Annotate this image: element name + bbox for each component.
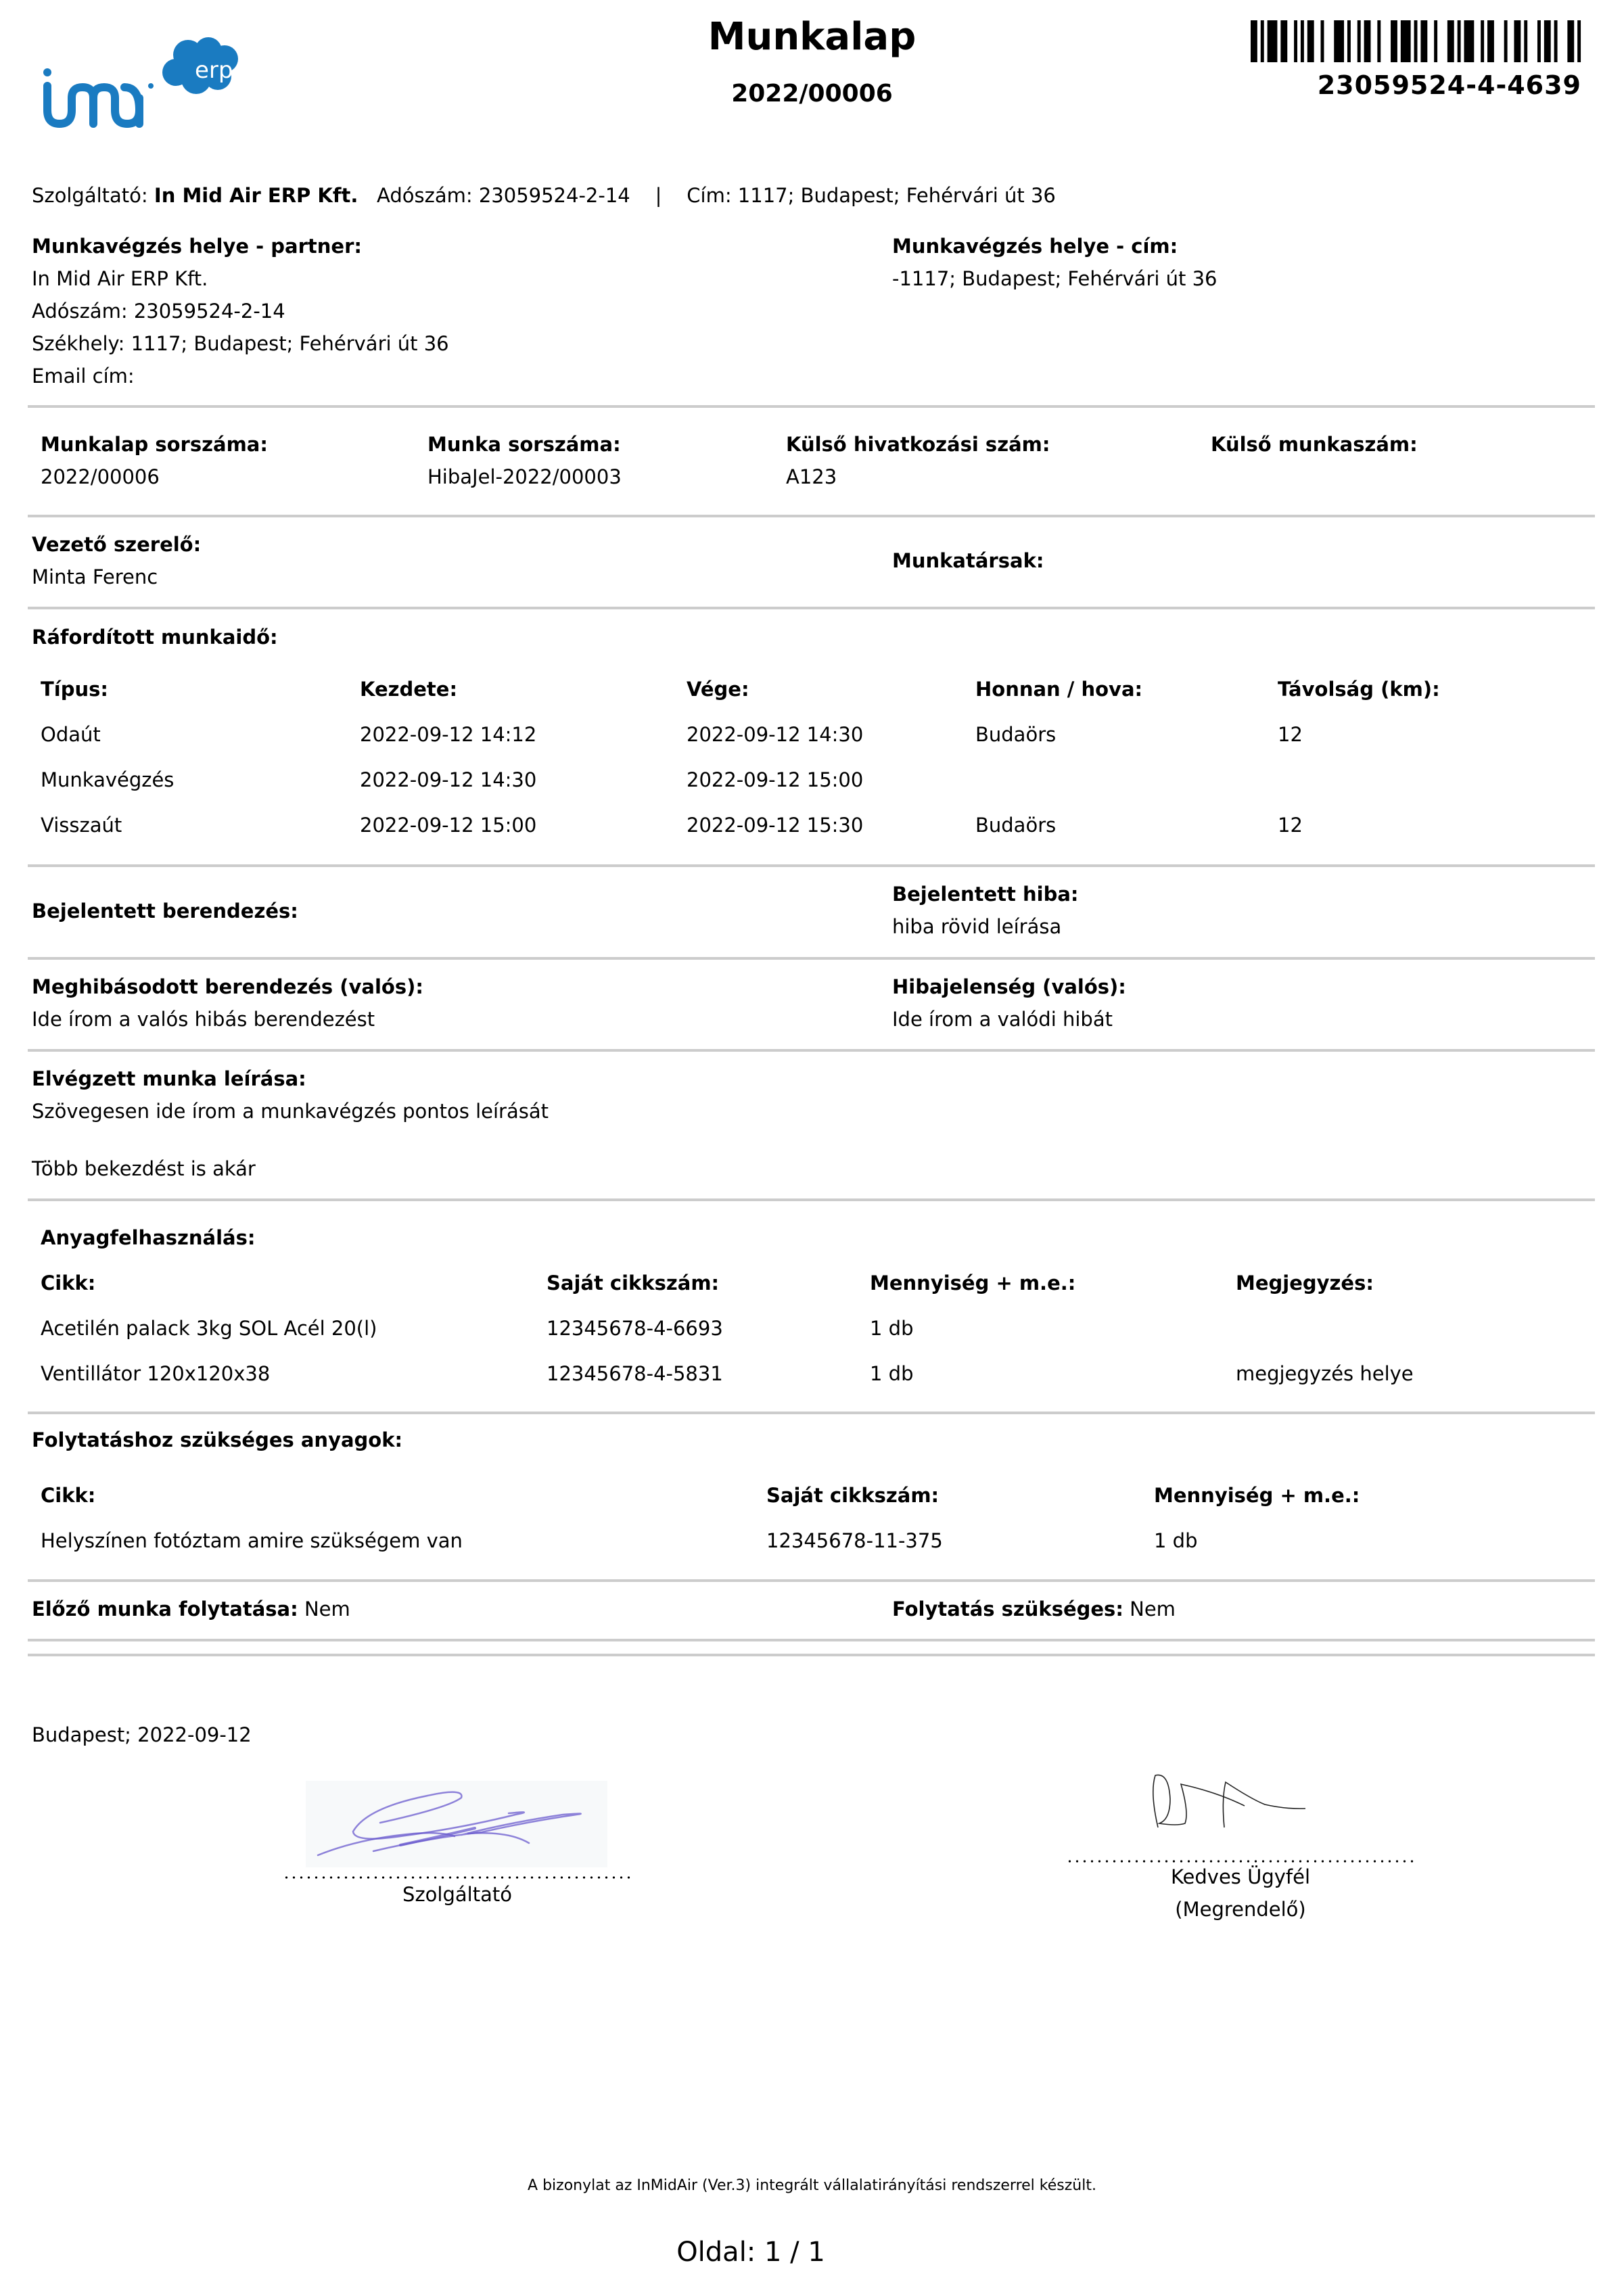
materials-cell: Ventillátor 120x120x38: [41, 1362, 270, 1385]
worktime-cell: 2022-09-12 15:00: [360, 814, 536, 837]
needed-header: Mennyiség + m.e.:: [1154, 1484, 1360, 1507]
work-desc-line-2: Több bekezdést is akár: [32, 1157, 256, 1180]
materials-cell: Acetilén palack 3kg SOL Acél 20(l): [41, 1317, 377, 1340]
reported-device-label: Bejelentett berendezés:: [32, 900, 298, 923]
prev-job-value: Nem: [304, 1598, 350, 1621]
customer-name: Kedves Ügyfél: [1066, 1865, 1415, 1888]
worktime-cell: Munkavégzés: [41, 768, 174, 791]
continuation-needed: Folytatás szükséges: Nem: [892, 1598, 1176, 1621]
divider: [28, 1639, 1595, 1641]
job-number-label: Munka sorszáma:: [427, 433, 621, 456]
worktime-cell: 2022-09-12 14:30: [687, 723, 863, 746]
prev-job-continuation: Előző munka folytatása: Nem: [32, 1598, 350, 1621]
barcode-number: 23059524-4-4639: [1318, 70, 1581, 100]
customer-signature: [1150, 1772, 1332, 1833]
actual-fault-label: Hibajelenség (valós):: [892, 975, 1126, 998]
divider: [28, 405, 1595, 408]
reported-fault-label: Bejelentett hiba:: [892, 883, 1079, 906]
materials-header: Cikk:: [41, 1272, 95, 1295]
reported-fault-value: hiba rövid leírása: [892, 915, 1061, 938]
partner-tax: Adószám: 23059524-2-14: [32, 300, 285, 323]
continuation-needed-label: Folytatás szükséges:: [892, 1598, 1123, 1621]
provider-label: Szolgáltató:: [32, 184, 148, 207]
divider: [28, 607, 1595, 609]
customer-signature-line: [1066, 1860, 1415, 1863]
barcode: [1251, 20, 1584, 62]
materials-header: Megjegyzés:: [1236, 1272, 1374, 1295]
ext-job-label: Külső munkaszám:: [1211, 433, 1418, 456]
worktime-header: Kezdete:: [360, 678, 457, 701]
work-desc-line-1: Szövegesen ide írom a munkavégzés pontos…: [32, 1100, 549, 1123]
separator: |: [655, 184, 662, 207]
page-number: Oldal: 1 / 1: [0, 2237, 1502, 2268]
divider: [28, 1412, 1595, 1414]
partner-label: Munkavégzés helye - partner:: [32, 235, 362, 258]
needed-title: Folytatáshoz szükséges anyagok:: [32, 1428, 402, 1451]
partner-email: Email cím:: [32, 365, 135, 388]
worktime-cell: Visszaút: [41, 814, 122, 837]
place-date: Budapest; 2022-09-12: [32, 1723, 252, 1746]
divider: [28, 515, 1595, 517]
worktime-cell: Budaörs: [975, 814, 1056, 837]
needed-header: Cikk:: [41, 1484, 95, 1507]
worktime-cell: 12: [1278, 723, 1303, 746]
partner-name: In Mid Air ERP Kft.: [32, 267, 208, 290]
coworkers-label: Munkatársak:: [892, 549, 1044, 572]
provider-signature: [306, 1781, 607, 1867]
materials-title: Anyagfelhasználás:: [41, 1226, 256, 1249]
materials-cell: 12345678-4-6693: [547, 1317, 723, 1340]
work-desc-label: Elvégzett munka leírása:: [32, 1067, 306, 1090]
divider: [28, 1198, 1595, 1201]
ext-ref-label: Külső hivatkozási szám:: [786, 433, 1050, 456]
provider-signature-caption: Szolgáltató: [283, 1883, 632, 1906]
divider: [28, 957, 1595, 960]
continuation-needed-value: Nem: [1130, 1598, 1176, 1621]
divider: [28, 1579, 1595, 1582]
prev-job-label: Előző munka folytatása:: [32, 1598, 298, 1621]
divider: [28, 1654, 1595, 1656]
worktime-cell: 12: [1278, 814, 1303, 837]
materials-cell: megjegyzés helye: [1236, 1362, 1414, 1385]
worktime-header: Vége:: [687, 678, 749, 701]
worktime-header: Honnan / hova:: [975, 678, 1142, 701]
needed-cell: Helyszínen fotóztam amire szükségem van: [41, 1529, 463, 1552]
needed-cell: 12345678-11-375: [766, 1529, 943, 1552]
provider-address: Cím: 1117; Budapest; Fehérvári út 36: [687, 184, 1056, 207]
provider-name: In Mid Air ERP Kft.: [154, 184, 358, 207]
sheet-number-label: Munkalap sorszáma:: [41, 433, 268, 456]
worktime-cell: Budaörs: [975, 723, 1056, 746]
materials-header: Saját cikkszám:: [547, 1272, 719, 1295]
sheet-number-value: 2022/00006: [41, 465, 160, 488]
worktime-cell: 2022-09-12 14:30: [360, 768, 536, 791]
materials-cell: 1 db: [870, 1317, 914, 1340]
needed-header: Saját cikkszám:: [766, 1484, 939, 1507]
worktime-cell: 2022-09-12 15:30: [687, 814, 863, 837]
worktime-header: Távolság (km):: [1278, 678, 1440, 701]
materials-cell: 1 db: [870, 1362, 914, 1385]
materials-cell: 12345678-4-5831: [547, 1362, 723, 1385]
work-address-value: -1117; Budapest; Fehérvári út 36: [892, 267, 1217, 290]
provider-signature-line: [283, 1876, 632, 1879]
worktime-header: Típus:: [41, 678, 108, 701]
actual-device-label: Meghibásodott berendezés (valós):: [32, 975, 423, 998]
customer-role: (Megrendelő): [1066, 1898, 1415, 1921]
lead-technician-label: Vezető szerelő:: [32, 533, 201, 556]
materials-header: Mennyiség + m.e.:: [870, 1272, 1075, 1295]
needed-cell: 1 db: [1154, 1529, 1198, 1552]
provider-line: Szolgáltató: In Mid Air ERP Kft. Adószám…: [32, 184, 1056, 207]
footer-note: A bizonylat az InMidAir (Ver.3) integrál…: [0, 2177, 1624, 2194]
work-address-label: Munkavégzés helye - cím:: [892, 235, 1178, 258]
ext-ref-value: A123: [786, 465, 837, 488]
worktime-cell: Odaút: [41, 723, 101, 746]
actual-device-value: Ide írom a valós hibás berendezést: [32, 1008, 375, 1031]
worktime-title: Ráfordított munkaidő:: [32, 626, 278, 649]
lead-technician-value: Minta Ferenc: [32, 565, 158, 588]
divider: [28, 1049, 1595, 1052]
worktime-cell: 2022-09-12 14:12: [360, 723, 536, 746]
job-number-value: HibaJel-2022/00003: [427, 465, 622, 488]
divider: [28, 864, 1595, 867]
worktime-cell: 2022-09-12 15:00: [687, 768, 863, 791]
actual-fault-value: Ide írom a valódi hibát: [892, 1008, 1113, 1031]
provider-tax: Adószám: 23059524-2-14: [377, 184, 630, 207]
partner-seat: Székhely: 1117; Budapest; Fehérvári út 3…: [32, 332, 449, 355]
